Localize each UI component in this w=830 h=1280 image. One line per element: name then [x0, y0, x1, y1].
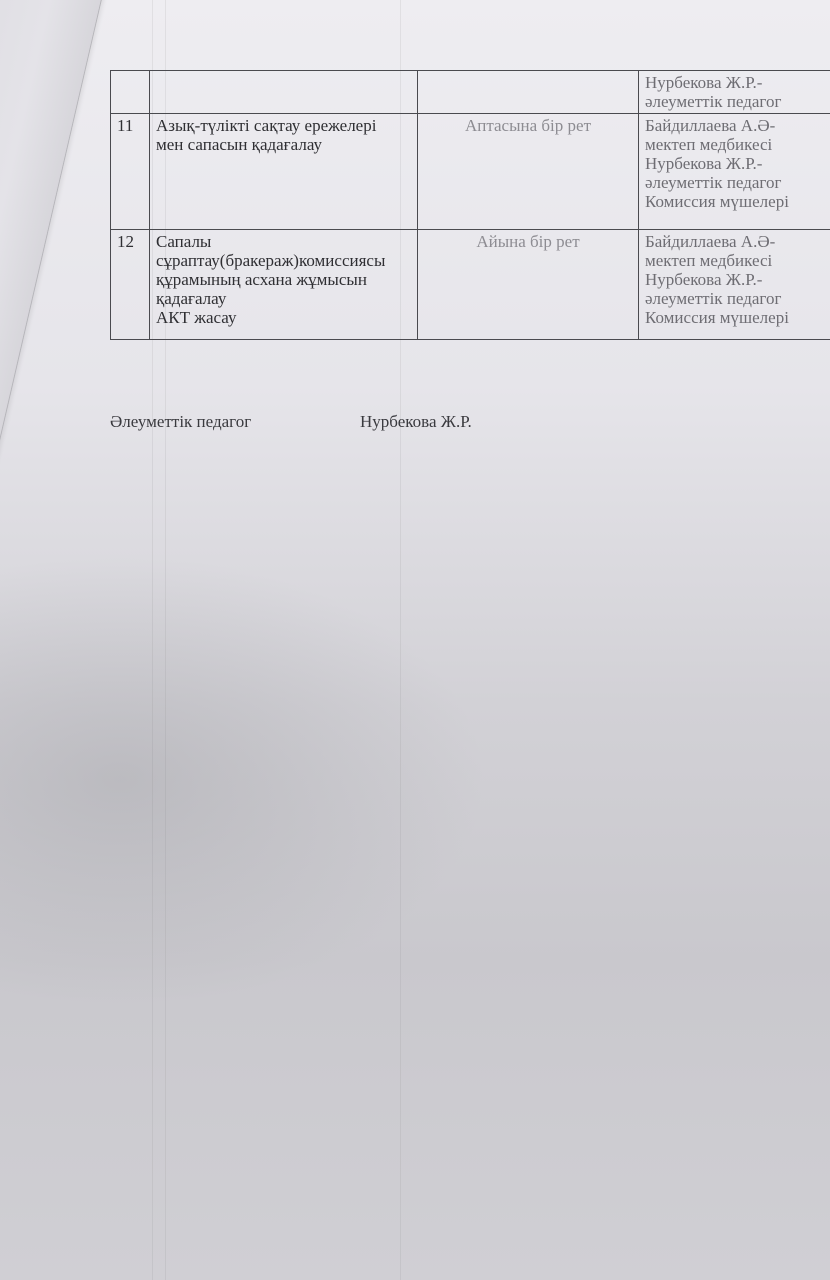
- task-line: мен сапасын қадағалау: [156, 135, 411, 154]
- row-task: Азық-түлікті сақтау ережелері мен сапасы…: [150, 114, 418, 230]
- row-number: [111, 71, 150, 114]
- responsible-line: әлеуметтік педагог: [645, 92, 830, 111]
- task-line: қадағалау: [156, 289, 411, 308]
- signature-position: Әлеуметтік педагог: [110, 412, 251, 431]
- row-responsible: Байдиллаева А.Ә- мектеп медбикесі Нурбек…: [639, 114, 830, 230]
- task-line: АКТ жасау: [156, 308, 411, 327]
- responsible-line: мектеп медбикесі: [645, 251, 830, 270]
- task-line: Сапалы: [156, 232, 411, 251]
- responsible-line: әлеуметтік педагог: [645, 289, 830, 308]
- responsible-line: Байдиллаева А.Ә-: [645, 116, 830, 135]
- signature-block: Әлеуметтік педагог Нурбекова Ж.Р.: [110, 412, 251, 432]
- row-number: 12: [111, 230, 150, 340]
- responsible-line: Байдиллаева А.Ә-: [645, 232, 830, 251]
- row-responsible: Байдиллаева А.Ә- мектеп медбикесі Нурбек…: [639, 230, 830, 340]
- responsible-line: Комиссия мүшелері: [645, 308, 830, 327]
- row-frequency: [418, 71, 639, 114]
- row-frequency: Айына бір рет: [418, 230, 639, 340]
- task-line: сұраптау(бракераж)комиссиясы: [156, 251, 411, 270]
- responsible-line: әлеуметтік педагог: [645, 173, 830, 192]
- signature-name: Нурбекова Ж.Р.: [360, 412, 472, 432]
- row-number: 11: [111, 114, 150, 230]
- plan-table: Нурбекова Ж.Р.- әлеуметтік педагог 11 Аз…: [110, 70, 830, 340]
- responsible-line: Нурбекова Ж.Р.-: [645, 73, 830, 92]
- task-line: Азық-түлікті сақтау ережелері: [156, 116, 411, 135]
- responsible-line: Комиссия мүшелері: [645, 192, 830, 211]
- table-row: Нурбекова Ж.Р.- әлеуметтік педагог: [111, 71, 830, 114]
- responsible-line: Нурбекова Ж.Р.-: [645, 154, 830, 173]
- row-task: [150, 71, 418, 114]
- row-responsible: Нурбекова Ж.Р.- әлеуметтік педагог: [639, 71, 830, 114]
- task-line: құрамының асхана жұмысын: [156, 270, 411, 289]
- table-row: 11 Азық-түлікті сақтау ережелері мен сап…: [111, 114, 830, 230]
- responsible-line: мектеп медбикесі: [645, 135, 830, 154]
- responsible-line: Нурбекова Ж.Р.-: [645, 270, 830, 289]
- row-task: Сапалы сұраптау(бракераж)комиссиясы құра…: [150, 230, 418, 340]
- table-row: 12 Сапалы сұраптау(бракераж)комиссиясы қ…: [111, 230, 830, 340]
- row-frequency: Аптасына бір рет: [418, 114, 639, 230]
